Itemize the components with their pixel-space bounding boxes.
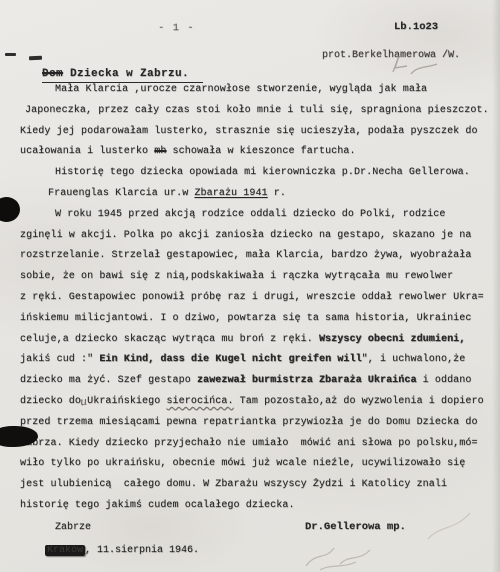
text-segment: ucałowania i lusterko [20, 146, 154, 157]
text-segment: przed trzema miesiącami pewna repatriant… [20, 417, 478, 428]
text-segment: Mała Klarcia ,urocze czarnowłose stworze… [55, 84, 427, 95]
text-segment: sierocińca. [166, 396, 233, 407]
document-line: zginęli w akcji. Polka po akcji zaniosła… [20, 230, 494, 251]
document-line: Zabrza. Kiedy dziecko przyjechało nie um… [20, 438, 494, 459]
scanned-document-page: - 1 - Lb.1o23 prot.Berkelhamerowa /W. Do… [0, 0, 500, 572]
text-segment: Historię tego dziecka opowiada mi kierow… [55, 167, 470, 178]
document-line: Mała Klarcia ,urocze czarnowłose stworze… [20, 84, 494, 105]
document-line: Kiedy jej podarowałam lusterko, straszni… [20, 126, 494, 147]
document-line: Frauenglas Klarcia ur.w Zbarażu 1941 r. [20, 188, 494, 209]
text-segment: Kiedy jej podarowałam lusterko, straszni… [20, 126, 478, 137]
text-segment: dziecko do Ukraińskiego [20, 396, 166, 407]
text-segment: Kraków [45, 545, 85, 556]
document-body: Mała Klarcia ,urocze czarnowłose stworze… [20, 84, 494, 521]
document-line: W roku 1945 przed akcją rodzice oddali d… [20, 209, 494, 230]
document-line: jakiś cud :" Ein Kind, dass die Kugel ni… [20, 354, 494, 375]
pencil-scribble [300, 540, 390, 572]
document-line: rozstrzelanie. Strzelał gestapowiec, mał… [20, 250, 494, 271]
text-segment: zginęli w akcji. Polka po akcji zaniosła… [20, 230, 471, 241]
text-segment: Frauenglas Klarcia ur.w [48, 188, 194, 199]
text-segment: sobie, że on bawi się z nią,podskakiwała… [20, 271, 453, 282]
ink-blot [0, 197, 20, 222]
text-segment: Tam pozostało,aż do wyzwolenia i dopiero [234, 396, 484, 407]
text-segment: celuje,a dziecko skacząc wytrąca mu broń… [20, 334, 319, 345]
text-segment: W roku 1945 przed akcją rodzice oddali d… [55, 209, 445, 220]
document-line: Japoneczka, przez cały czas stoi koło mn… [20, 105, 494, 126]
doc-title-text: Dom Dziecka w Zabrzu. [42, 68, 189, 80]
text-segment: mh [154, 146, 166, 157]
text-segment: , 11.sierpnia 1946. [85, 545, 199, 556]
document-line: dziecko do Ukraińskiego sierocińca. Tam … [20, 396, 494, 417]
text-segment: dziecko ma żyć. Szef gestapo [20, 375, 197, 386]
text-segment: wiło tylko po ukraińsku, obecnie mówi ju… [20, 458, 465, 469]
footer-place: Zabrze [55, 522, 91, 533]
document-line: przed trzema miesiącami pewna repatriant… [20, 417, 494, 438]
document-line: Historię tego dziecka opowiada mi kierow… [20, 167, 494, 188]
text-segment: Wszyscy obecni zdumieni, [319, 334, 465, 345]
text-segment: Zabrza. Kiedy dziecko przyjechało nie um… [20, 438, 478, 449]
document-line: jest ulubienicą całego domu. W Zbarażu w… [20, 479, 494, 500]
signature: Dr.Gellerowa mp. [305, 521, 406, 533]
page-number: - 1 - [158, 22, 195, 34]
text-segment: historię tego jakimś cudem ocalałego dzi… [20, 500, 295, 511]
document-line: z ręki. Gestapowiec ponowił próbę raz i … [20, 292, 494, 313]
doc-title: Dom Dziecka w Zabrzu. [42, 68, 203, 83]
text-segment: jest ulubienicą całego domu. W Zbarażu w… [20, 479, 447, 490]
document-line: sobie, że on bawi się z nią,podskakiwała… [20, 271, 494, 292]
text-segment: z ręki. Gestapowiec ponowił próbę raz i … [20, 292, 484, 303]
document-line: ińskiemu milicjantowi. I o dziwo, powtar… [20, 313, 494, 334]
text-segment: i oddano [417, 375, 472, 386]
text-segment: rozstrzelanie. Strzelał gestapowiec, mał… [20, 250, 471, 261]
protocol-note: prot.Berkelhamerowa /W. [322, 50, 460, 61]
document-line: wiło tylko po ukraińsku, obecnie mówi ju… [20, 458, 494, 479]
margin-dash-mark [29, 56, 42, 60]
document-line: celuje,a dziecko skacząc wytrąca mu broń… [20, 334, 494, 355]
text-segment: ", i uchwalono,że [362, 354, 466, 365]
text-segment: jakiś cud :" [20, 354, 99, 365]
margin-dash-mark [5, 53, 16, 56]
text-segment: zawezwał burmistrza Zbaraża Ukraińca [197, 375, 417, 386]
text-segment: Japoneczka, przez cały czas stoi koło mn… [25, 105, 489, 116]
text-segment: Dziecka w Zabrzu. [63, 68, 189, 80]
text-segment: Dom [42, 68, 63, 80]
document-line: ucałowania i lusterko mh schowała w kies… [20, 146, 494, 167]
text-segment: ińskiemu milicjantowi. I o dziwo, powtar… [20, 313, 471, 324]
text-segment: schowała w kieszonce fartucha. [166, 146, 355, 157]
date-line: Kraków, 11.sierpnia 1946. [45, 545, 199, 556]
text-segment: Ein Kind, dass die Kugel nicht greifen w… [99, 354, 361, 365]
reference-number: Lb.1o23 [394, 21, 438, 33]
text-segment: Zbarażu 1941 [194, 188, 267, 199]
document-line: dziecko ma żyć. Szef gestapo zawezwał bu… [20, 375, 494, 396]
text-segment: r. [268, 188, 286, 199]
document-line: historię tego jakimś cudem ocalałego dzi… [20, 500, 494, 521]
